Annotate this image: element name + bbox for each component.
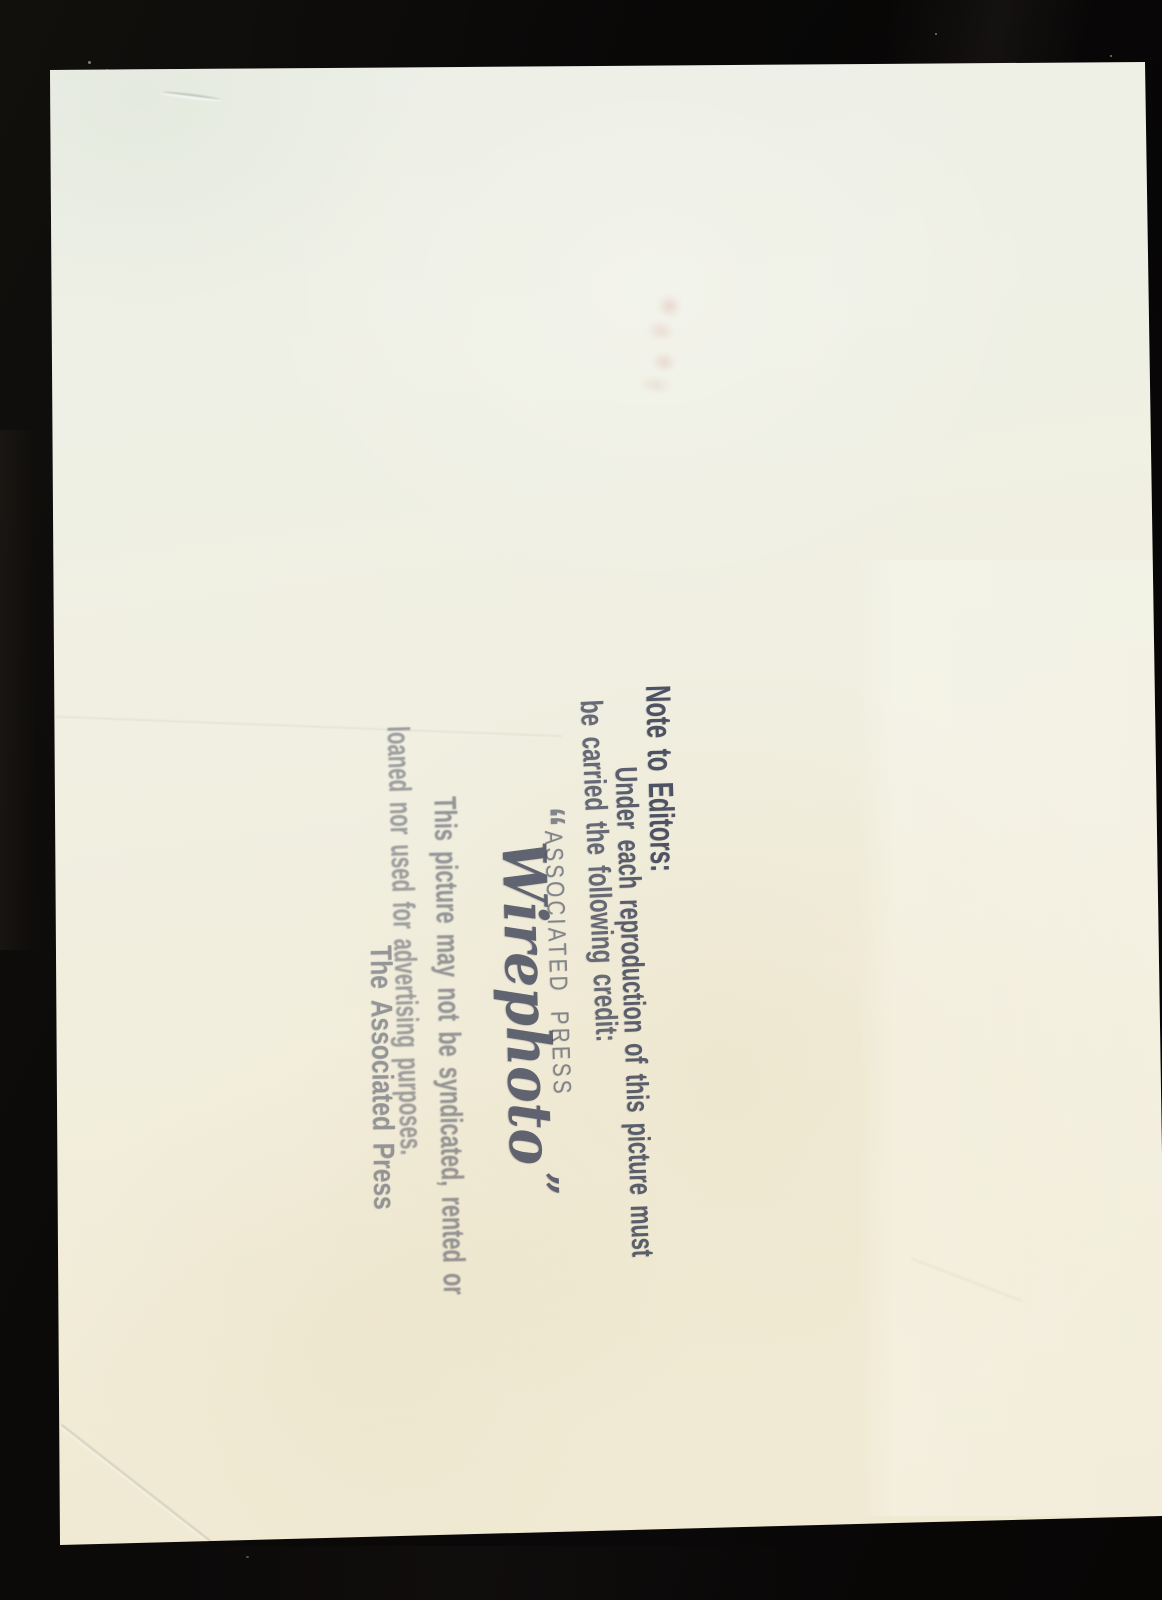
paper-tonal-shade	[858, 560, 1162, 1516]
stamp-text: The Associated Press	[363, 945, 401, 1210]
mat-scuff-left	[0, 430, 52, 950]
close-quote-mark: ”	[516, 1172, 568, 1197]
dust-speck	[1110, 55, 1112, 57]
open-quote-mark: “	[519, 806, 576, 828]
mat-scuff-bottom	[160, 1546, 920, 1600]
press-photo-back-paper: Note to Editors: Under each reproduction…	[0, 0, 1162, 1600]
red-pencil-smudge	[629, 283, 696, 397]
stamp-text: Wirephoto”	[488, 840, 567, 1196]
dust-speck	[88, 61, 91, 64]
dust-speck	[935, 33, 937, 35]
wirephoto-text: Wirephoto	[488, 840, 566, 1166]
ap-wirephoto-stamp: Note to Editors: Under each reproduction…	[347, 684, 700, 1257]
dust-speck	[246, 1556, 249, 1558]
crease-top-left	[160, 90, 222, 103]
stamp-line-not-syndicated: This picture may not be syndicated, rent…	[427, 795, 493, 1508]
photo-backdrop-mat: Note to Editors: Under each reproduction…	[0, 0, 1162, 1600]
crease-bottom-left	[60, 1424, 230, 1558]
